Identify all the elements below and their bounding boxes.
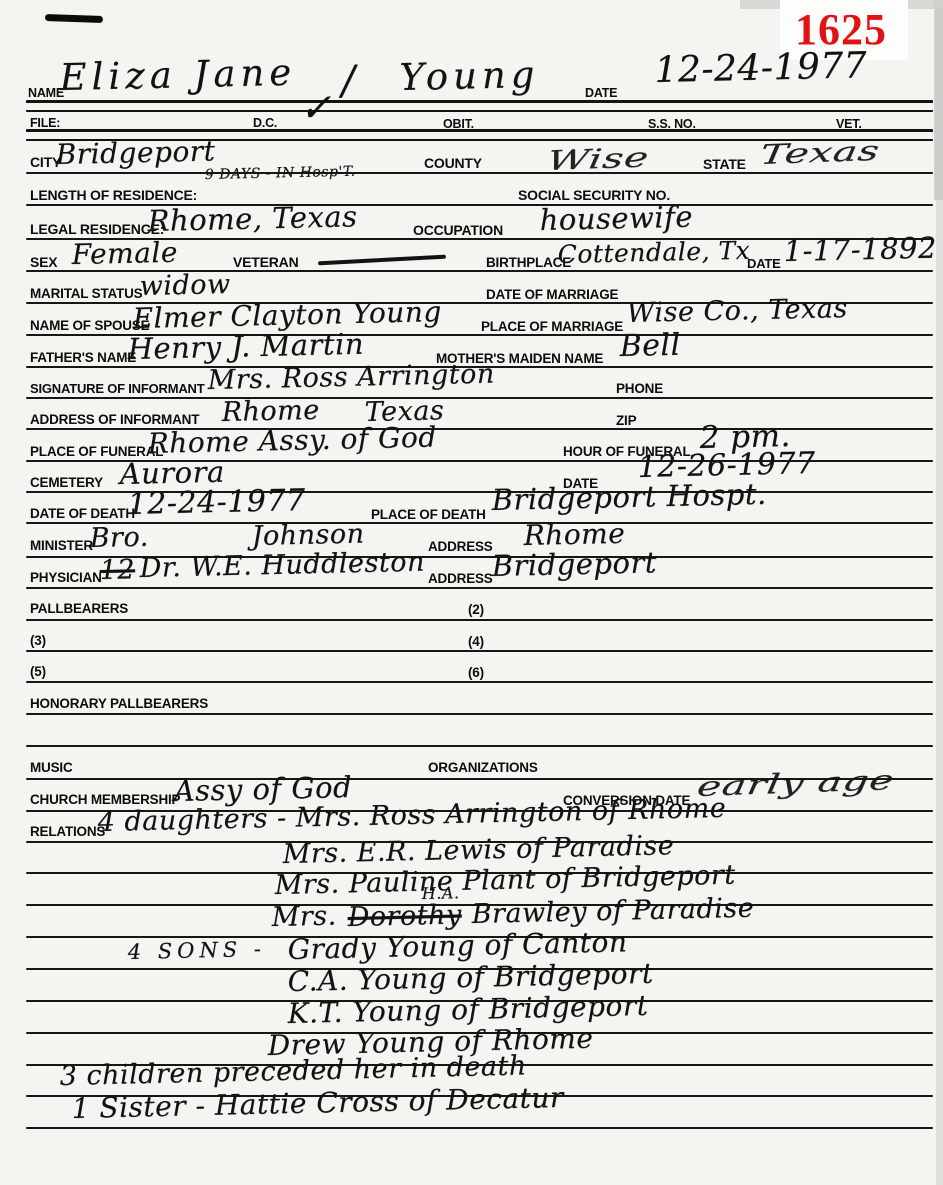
- relations-line-4-correction: H.A.: [422, 883, 460, 903]
- dc-label: D.C.: [253, 116, 277, 130]
- rule-line: [26, 713, 933, 715]
- obit-label: OBIT.: [443, 117, 474, 131]
- dc-checkmark: ✓: [299, 85, 332, 130]
- rule-line: [26, 397, 933, 399]
- honorary-pallbearers-label: HONORARY PALLBEARERS: [30, 696, 208, 711]
- place-of-funeral-value: Rhome Assy. of God: [147, 420, 437, 460]
- date-of-marriage-label: DATE OF MARRIAGE: [486, 287, 618, 302]
- veteran-label: VETERAN: [233, 254, 299, 270]
- minister-label: MINISTER: [30, 538, 93, 553]
- date-value: 12-24-1977: [654, 45, 867, 91]
- informant-address-label: ADDRESS OF INFORMANT: [30, 412, 199, 427]
- rule-line: [26, 650, 933, 652]
- name-last-value: Young: [399, 53, 540, 99]
- state-label: STATE: [703, 156, 746, 172]
- marital-status-value: widow: [139, 269, 231, 302]
- informant-signature-label: SIGNATURE OF INFORMANT: [30, 381, 204, 396]
- fathers-name-value: Henry J. Martin: [127, 327, 364, 366]
- county-value: Wise: [545, 142, 651, 177]
- minister-title-value: Bro.: [89, 522, 149, 554]
- marital-status-label: MARITAL STATUS: [30, 286, 142, 301]
- vet-label: VET.: [836, 117, 862, 131]
- place-of-marriage-label: PLACE OF MARRIAGE: [481, 319, 623, 334]
- legal-residence-label: LEGAL RESIDENCE:: [30, 221, 164, 237]
- informant-signature-value: Mrs. Ross Arrington: [207, 358, 495, 396]
- pallbearer-2-label: (2): [468, 602, 484, 617]
- sex-label: SEX: [30, 254, 57, 270]
- birthplace-value: Cottendale, Tx: [557, 236, 750, 269]
- physician-value: Dr. W.E. Huddleston: [139, 547, 425, 584]
- county-label: COUNTY: [424, 155, 482, 171]
- occupation-value: housewife: [539, 200, 693, 237]
- relations-line-5-prefix: 4 SONS -: [127, 937, 266, 964]
- rule-line: [26, 172, 933, 174]
- rule-line: [26, 100, 933, 112]
- name-label: NAME: [28, 86, 64, 100]
- state-value: Texas: [758, 136, 882, 171]
- legal-residence-value: Rhome, Texas: [147, 199, 358, 238]
- name-separator-mark: /: [341, 58, 356, 104]
- relations-line-4-prefix: Mrs.: [271, 901, 337, 933]
- spouse-label: NAME OF SPOUSE: [30, 318, 149, 333]
- place-of-death-value: Bridgeport Hospt.: [491, 477, 767, 517]
- length-of-residence-label: LENGTH OF RESIDENCE:: [30, 187, 197, 203]
- physician-label: PHYSICIAN: [30, 570, 102, 585]
- file-label: FILE:: [30, 116, 60, 130]
- occupation-label: OCCUPATION: [413, 222, 503, 238]
- scan-edge-right-top: [934, 0, 943, 200]
- mothers-maiden-name-value: Bell: [619, 328, 681, 364]
- city-note-value: 9 DAYS - IN Hosp'T.: [205, 164, 356, 183]
- cemetery-label: CEMETERY: [30, 475, 103, 490]
- music-label: MUSIC: [30, 760, 73, 775]
- birth-date-value: 1-17-1892: [783, 231, 937, 268]
- veteran-dash-mark: [318, 255, 446, 265]
- phone-label: PHONE: [616, 381, 663, 396]
- city-value: Bridgeport: [55, 134, 215, 171]
- pallbearers-label: PALLBEARERS: [30, 601, 128, 616]
- name-first-value: Eliza Jane: [59, 51, 297, 99]
- zip-label: ZIP: [616, 413, 636, 428]
- organizations-label: ORGANIZATIONS: [428, 760, 538, 775]
- relations-line-4-struck: Dorothy: [347, 899, 462, 933]
- minister-address-label: ADDRESS: [428, 539, 493, 554]
- rule-line: [26, 745, 933, 747]
- rule-line: [26, 522, 933, 524]
- date-of-death-value: 12-24-1977: [127, 483, 306, 522]
- pallbearer-4-label: (4): [468, 634, 484, 649]
- physician-struck-mark: 12: [99, 554, 135, 586]
- ssno-label: S.S. NO.: [648, 117, 696, 131]
- funeral-record-form: 1625 NAME Eliza Jane / Young DATE 12-24-…: [0, 0, 943, 1185]
- place-of-marriage-value: Wise Co., Texas: [626, 293, 848, 329]
- rule-line: [26, 587, 933, 589]
- place-of-death-label: PLACE OF DEATH: [371, 507, 486, 522]
- date-of-death-label: DATE OF DEATH: [30, 506, 135, 521]
- sex-value: Female: [71, 236, 178, 271]
- pen-dash-mark: [45, 14, 103, 23]
- pallbearer-5-label: (5): [30, 664, 46, 679]
- relations-line-4-rest: Brawley of Paradise: [471, 893, 754, 930]
- pallbearer-3-label: (3): [30, 633, 46, 648]
- pallbearer-6-label: (6): [468, 665, 484, 680]
- rule-line: [26, 681, 933, 683]
- fathers-name-label: FATHER'S NAME: [30, 350, 136, 365]
- rule-line: [26, 1127, 933, 1129]
- rule-line: [26, 619, 933, 621]
- physician-address-label: ADDRESS: [428, 571, 493, 586]
- birth-date-label: DATE: [747, 256, 781, 271]
- relations-label: RELATIONS: [30, 824, 105, 839]
- physician-address-value: Bridgeport: [491, 545, 657, 583]
- date-label: DATE: [585, 86, 617, 100]
- minister-name-value: Johnson: [251, 518, 365, 552]
